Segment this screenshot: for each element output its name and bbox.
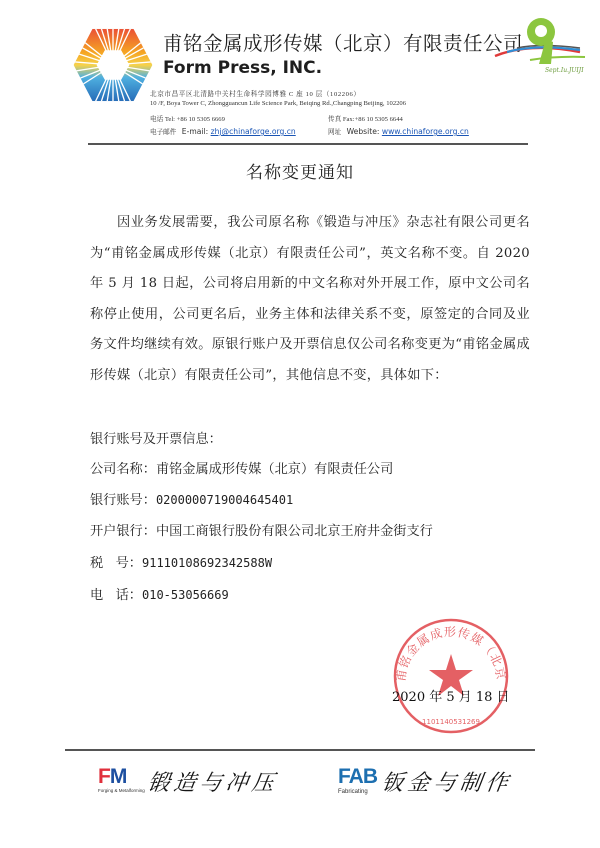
- info-row-company-name: 公司名称：甫铭金属成形传媒（北京）有限责任公司: [90, 458, 393, 477]
- info-value: 甫铭金属成形传媒（北京）有限责任公司: [156, 462, 393, 477]
- info-value: 0200000719004645401: [156, 493, 293, 507]
- website-label-cn: 网址: [328, 129, 341, 136]
- info-value: 中国工商银行股份有限公司北京王府井金街支行: [156, 524, 433, 539]
- fax-value: +86 10 5305 6644: [355, 116, 403, 123]
- info-value: 91110108692342588W: [142, 556, 272, 570]
- info-label: 公司名称：: [90, 458, 156, 477]
- header-divider: [88, 143, 528, 145]
- fax-label: 传真 Fax:: [328, 116, 355, 123]
- website-label-en: Website:: [347, 127, 380, 136]
- info-label: 开户银行：: [90, 520, 156, 539]
- fax-group: 传真 Fax:+86 10 5305 6644: [328, 113, 403, 123]
- info-label: 银行账号：: [90, 489, 156, 508]
- footer-divider: [65, 749, 535, 751]
- website-link[interactable]: www.chinaforge.org.cn: [382, 127, 469, 136]
- email-label-en: E-mail:: [182, 127, 208, 136]
- website-group: 网址 Website: www.chinaforge.org.cn: [328, 126, 469, 136]
- fm-logo-icon: FM: [98, 766, 126, 788]
- tel-label: 电话 Tel:: [150, 116, 175, 123]
- email-link[interactable]: zhj@chinaforge.org.cn: [211, 127, 296, 136]
- address-en: 10 /F, Boya Tower C, Zhongguancun Life S…: [150, 100, 406, 107]
- info-row-tax-id: 税号：91110108692342588W: [90, 552, 272, 571]
- signature-date: 2020 年 5 月 18 日: [392, 686, 510, 705]
- tel-value: +86 10 5305 6669: [177, 116, 225, 123]
- letterhead: 甫铭金属成形传媒（北京）有限责任公司 Form Press, INC. 北京市昌…: [0, 0, 600, 150]
- bank-info-title: 银行账号及开票信息：: [90, 428, 222, 447]
- info-value: 010-53056669: [142, 588, 229, 602]
- brand-name-calligraphy: 钣金与制作: [380, 766, 514, 797]
- seal-number: 1101140531269: [422, 718, 480, 726]
- info-row-phone: 电话：010-53056669: [90, 584, 229, 603]
- company-name-cn: 甫铭金属成形传媒（北京）有限责任公司: [163, 28, 523, 56]
- address-cn: 北京市昌平区北清路中关村生命科学园博雅 C 座 10 层（102206）: [150, 88, 361, 98]
- document-title: 名称变更通知: [0, 158, 600, 183]
- info-label: 电话：: [90, 584, 142, 603]
- info-row-bank-account: 银行账号：0200000719004645401: [90, 489, 293, 508]
- anniversary-nine-logo-icon: Sept.Iu.JUIJI: [485, 12, 590, 78]
- phone-fax-line: 电话 Tel: +86 10 5305 6669 传真 Fax:+86 10 5…: [150, 113, 225, 123]
- brand-subtitle: Fabricating: [338, 789, 368, 795]
- email-label-cn: 电子邮件: [150, 129, 176, 136]
- brand-name-calligraphy: 锻造与冲压: [146, 766, 280, 797]
- email-website-line: 电子邮件 E-mail: zhj@chinaforge.org.cn 网址 We…: [150, 126, 296, 136]
- company-seal-icon: 甫铭金属成形传媒（北京）有限责任公司 1101140531269: [385, 612, 515, 740]
- brand-subtitle: Forging & Metalforming: [98, 788, 145, 793]
- fab-logo-icon: FAB: [338, 766, 377, 788]
- sunburst-logo-icon: [72, 24, 154, 106]
- nine-logo-caption: Sept.Iu.JUIJI: [545, 67, 584, 74]
- info-label: 税号：: [90, 552, 142, 571]
- notice-paragraph: 因业务发展需要，我公司原名称《锻造与冲压》杂志社有限公司更名为“甫铭金属成形传媒…: [90, 208, 530, 391]
- info-row-bank-name: 开户银行：中国工商银行股份有限公司北京王府井金街支行: [90, 520, 433, 539]
- company-name-en: Form Press, INC.: [163, 58, 322, 78]
